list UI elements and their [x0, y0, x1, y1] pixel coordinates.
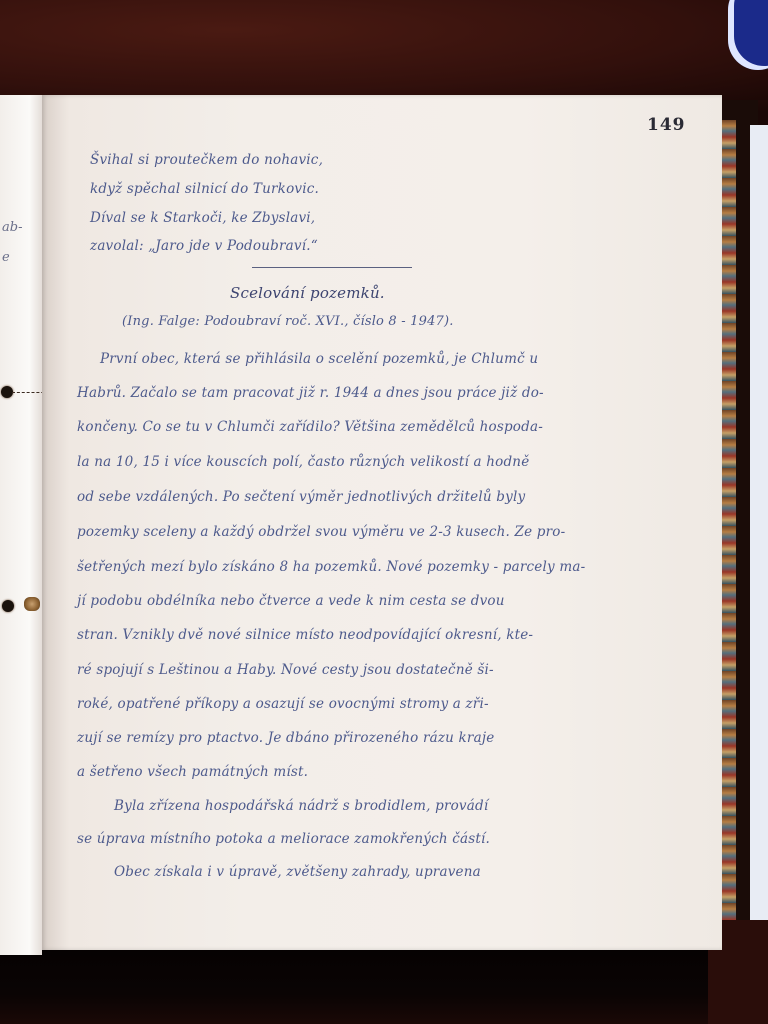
- body-line: Habrů. Začalo se tam pracovat již r. 194…: [77, 385, 544, 401]
- body-line: šetřených mezí bylo získáno 8 ha pozemků…: [77, 559, 585, 575]
- handwritten-page: 149 Švihal si proutečkem do nohavic, kdy…: [42, 95, 722, 950]
- poem-line: když spěchal silnicí do Turkovic.: [90, 181, 319, 197]
- body-line: ré spojují s Leštinou a Haby. Nové cesty…: [77, 662, 494, 678]
- section-divider: [252, 267, 412, 268]
- body-line: První obec, která se přihlásila o scelěn…: [100, 351, 538, 367]
- page-number: 149: [647, 115, 686, 135]
- body-line: la na 10, 15 i více kouscích polí, často…: [77, 454, 529, 470]
- wooden-table-background: [0, 0, 768, 100]
- body-line: od sebe vzdálených. Po sečtení výměr jed…: [77, 489, 525, 505]
- body-line: roké, opatřené příkopy a osazují se ovoc…: [77, 696, 489, 712]
- body-line: končeny. Co se tu v Chlumči zařídilo? Vě…: [77, 419, 543, 435]
- shadow-below-book: [0, 950, 768, 1024]
- body-line: zují se remízy pro ptactvo. Je dbáno při…: [77, 730, 494, 746]
- source-citation: (Ing. Falge: Podoubraví roč. XVI., číslo…: [122, 314, 454, 329]
- left-page-text-fragment: e: [2, 250, 10, 265]
- left-page-text-fragment: ab-: [2, 220, 22, 235]
- body-line: se úprava místního potoka a meliorace za…: [77, 831, 490, 847]
- poem-line: Díval se k Starkoči, ke Zbyslavi,: [90, 210, 315, 226]
- body-line: jí podobu obdélníka nebo čtverce a vede …: [77, 593, 505, 609]
- binding-knot: [24, 597, 40, 611]
- body-line: Byla zřízena hospodářská nádrž s brodidl…: [114, 798, 488, 814]
- left-page-edge: ab- e: [0, 95, 42, 955]
- binding-hole: [2, 600, 14, 612]
- body-line: stran. Vznikly dvě nové silnice místo ne…: [77, 627, 533, 643]
- poem-line: zavolal: „Jaro jde v Podoubraví.“: [90, 238, 318, 254]
- marbled-page-edge: [720, 120, 736, 940]
- body-line: Obec získala i v úpravě, zvětšeny zahrad…: [114, 864, 481, 880]
- blue-object-corner: [728, 0, 768, 70]
- underlying-page-edge: [750, 125, 768, 920]
- poem-line: Švihal si proutečkem do nohavic,: [90, 152, 323, 168]
- body-line: pozemky sceleny a každý obdržel svou vým…: [77, 524, 565, 540]
- section-title: Scelování pozemků.: [230, 284, 385, 302]
- body-line: a šetřeno všech památných míst.: [77, 764, 308, 780]
